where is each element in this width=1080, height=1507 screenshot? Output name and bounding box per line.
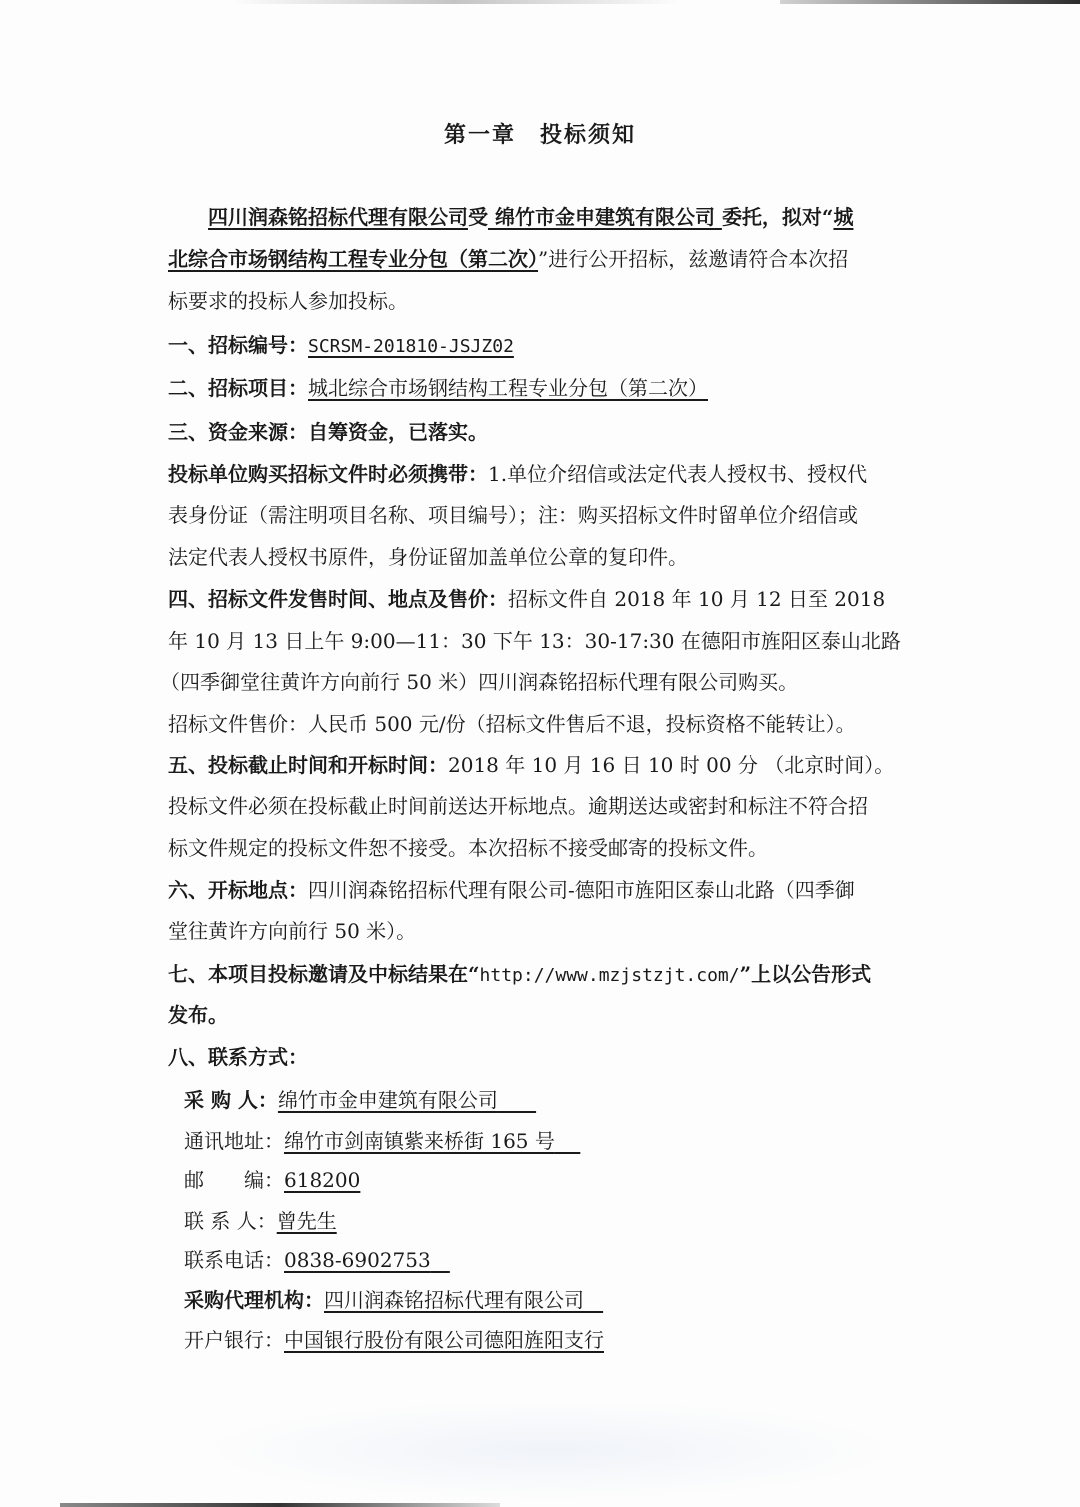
scan-edge-top-right xyxy=(780,0,1080,4)
bid-number-value: SCRSM-201810-JSJZ02 xyxy=(308,336,514,357)
section-7-label: 七、本项目投标邀请及中标结果在“ xyxy=(168,962,480,986)
contact-value: 绵竹市剑南镇紫来桥街 165 号 xyxy=(284,1129,580,1153)
chapter-number: 第一章 xyxy=(444,122,516,148)
section-5-deadline-line-1: 五、投标截止时间和开标时间：2018 年 10 月 16 日 10 时 00 分… xyxy=(168,751,928,779)
contact-label: 采 购 人： xyxy=(184,1086,278,1114)
contact-label: 通讯地址： xyxy=(184,1127,284,1155)
section-7-publication-line-2: 发布。 xyxy=(168,1001,928,1029)
section-6-opening-location-line-2: 堂往黄许方向前行 50 米）。 xyxy=(168,917,928,945)
section-1-label: 一、招标编号： xyxy=(168,333,308,357)
contact-value: 绵竹市金申建筑有限公司 xyxy=(278,1088,536,1112)
intro-line-3: 标要求的投标人参加投标。 xyxy=(168,287,928,315)
contact-person: 联 系 人：曾先生 xyxy=(184,1207,944,1235)
purchase-requirement-line-1: 投标单位购买招标文件时必须携带：1.单位介绍信或法定代表人授权书、授权代 xyxy=(168,460,928,488)
chapter-title: 第一章投标须知 xyxy=(0,118,1080,149)
chapter-heading: 投标须知 xyxy=(540,122,636,148)
section-5-deadline-line-3: 标文件规定的投标文件恕不接受。本次招标不接受邮寄的投标文件。 xyxy=(168,834,928,862)
contact-label: 联系电话： xyxy=(184,1246,284,1274)
contact-bank: 开户银行：中国银行股份有限公司德阳旌阳支行 xyxy=(184,1326,944,1354)
section-4-sale-info-line-2: 年 10 月 13 日上午 9:00—11：30 下午 13：30-17:30 … xyxy=(168,627,928,655)
section-6-label: 六、开标地点： xyxy=(168,878,308,902)
section-3-fund-source: 三、资金来源：自筹资金，已落实。 xyxy=(168,418,928,446)
section-1-bid-number: 一、招标编号：SCRSM-201810-JSJZ02 xyxy=(168,331,928,361)
section-4-sale-info-line-1: 四、招标文件发售时间、地点及售价：招标文件自 2018 年 10 月 12 日至… xyxy=(168,585,928,613)
intro-after-project: ”进行公开招标，兹邀请符合本次招 xyxy=(538,247,848,271)
section-6-opening-location-line-1: 六、开标地点：四川润森铭招标代理有限公司-德阳市旌阳区泰山北路（四季御 xyxy=(168,876,928,904)
fund-source-value: 自筹资金，已落实。 xyxy=(308,420,488,444)
purchase-requirement-line-3: 法定代表人授权书原件，身份证留加盖单位公章的复印件。 xyxy=(168,543,928,571)
contact-label: 开户银行： xyxy=(184,1326,284,1354)
publication-url-link[interactable]: http://www.mzjstzjt.com/ xyxy=(480,965,740,986)
client-name: 绵竹市金申建筑有限公司 xyxy=(488,205,722,229)
contact-postcode: 邮 编：618200 xyxy=(184,1166,944,1194)
scan-edge-top xyxy=(230,0,680,4)
contact-agency: 采购代理机构：四川润森铭招标代理有限公司 xyxy=(184,1286,944,1314)
section-7-publication-line-1: 七、本项目投标邀请及中标结果在“http://www.mzjstzjt.com/… xyxy=(168,960,928,990)
contact-phone: 联系电话：0838-6902753 xyxy=(184,1246,944,1274)
intro-line-1: 四川润森铭招标代理有限公司受 绵竹市金申建筑有限公司 委托，拟对“城 xyxy=(208,203,928,231)
section-8-contact-heading: 八、联系方式： xyxy=(168,1043,928,1071)
contact-value: 四川润森铭招标代理有限公司 xyxy=(324,1288,603,1312)
bid-project-value: 城北综合市场钢结构工程专业分包（第二次） xyxy=(308,376,708,400)
section-7-after-url: ”上以公告形式 xyxy=(740,962,872,986)
intro-line-2: 北综合市场钢结构工程专业分包（第二次）”进行公开招标，兹邀请符合本次招 xyxy=(168,245,928,273)
purchase-requirement-text-1: 1.单位介绍信或法定代表人授权书、授权代 xyxy=(488,462,867,486)
purchase-requirement-line-2: 表身份证（需注明项目名称、项目编号）；注：购买招标文件时留单位介绍信或 xyxy=(168,501,928,529)
contact-value: 中国银行股份有限公司德阳旌阳支行 xyxy=(284,1328,604,1352)
deadline-value: 2018 年 10 月 16 日 10 时 00 分 （北京时间）。 xyxy=(448,753,894,777)
contact-value: 曾先生 xyxy=(277,1209,337,1233)
contact-address: 通讯地址：绵竹市剑南镇紫来桥街 165 号 xyxy=(184,1127,944,1155)
document-price-line: 招标文件售价：人民币 500 元/份（招标文件售后不退，投标资格不能转让）。 xyxy=(168,710,928,738)
contact-value: 618200 xyxy=(284,1168,360,1192)
scan-smudge xyxy=(200,1400,900,1500)
section-5-label: 五、投标截止时间和开标时间： xyxy=(168,753,448,777)
section-3-label: 三、资金来源： xyxy=(168,420,308,444)
section-2-label: 二、招标项目： xyxy=(168,376,308,400)
sale-period-text: 招标文件自 2018 年 10 月 12 日至 2018 xyxy=(508,587,885,611)
contact-label: 采购代理机构： xyxy=(184,1286,324,1314)
project-name-part1: 城 xyxy=(833,205,853,229)
section-4-sale-info-line-3: （四季御堂往黄许方向前行 50 米）四川润森铭招标代理有限公司购买。 xyxy=(160,668,920,696)
contact-label: 联 系 人： xyxy=(184,1207,277,1235)
contact-purchaser: 采 购 人：绵竹市金申建筑有限公司 xyxy=(184,1086,944,1114)
section-4-label: 四、招标文件发售时间、地点及售价： xyxy=(168,587,508,611)
section-5-deadline-line-2: 投标文件必须在投标截止时间前送达开标地点。逾期送达或密封和标注不符合招 xyxy=(168,792,928,820)
scan-edge-bottom xyxy=(60,1503,500,1507)
contact-label: 邮 编： xyxy=(184,1166,284,1194)
intro-entrust-text: 委托，拟对“ xyxy=(722,205,834,229)
intro-connector: 受 xyxy=(468,205,488,229)
purchase-requirement-label: 投标单位购买招标文件时必须携带： xyxy=(168,462,488,486)
agency-name: 四川润森铭招标代理有限公司 xyxy=(208,205,468,229)
section-2-bid-project: 二、招标项目：城北综合市场钢结构工程专业分包（第二次） xyxy=(168,374,928,402)
project-name-part2: 北综合市场钢结构工程专业分包（第二次） xyxy=(168,247,538,271)
contact-value: 0838-6902753 xyxy=(284,1248,450,1272)
opening-location-text: 四川润森铭招标代理有限公司-德阳市旌阳区泰山北路（四季御 xyxy=(308,878,855,902)
